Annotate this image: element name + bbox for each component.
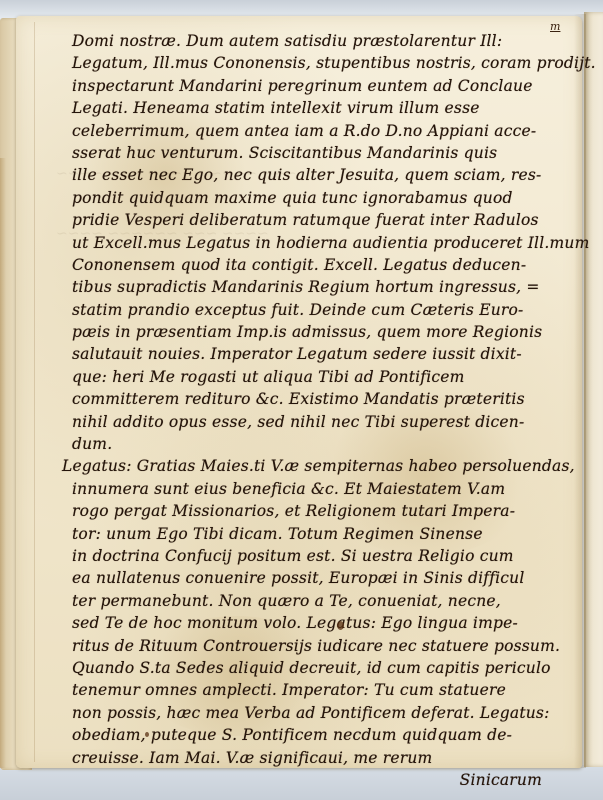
manuscript-line: celeberrimum, quem antea iam a R.do D.no… <box>72 120 582 142</box>
manuscript-line: Legati. Heneama statim intellexit virum … <box>72 97 582 119</box>
manuscript-line: statim prandio exceptus fuit. Deinde cum… <box>72 299 582 321</box>
manuscript-line: in doctrina Confucij positum est. Si ues… <box>72 545 582 567</box>
manuscript-line: rogo pergat Missionarios, et Religionem … <box>72 500 582 522</box>
manuscript-line: ter permanebunt. Non quæro a Te, conueni… <box>72 590 582 612</box>
manuscript-line: ritus de Rituum Controuersijs iudicare n… <box>72 635 582 657</box>
manuscript-paragraph-start: Legatus: Gratias Maies.ti V.æ sempiterna… <box>62 455 582 477</box>
manuscript-line: committerem redituro &c. Existimo Mandat… <box>72 388 582 410</box>
manuscript-line: tenemur omnes amplecti. Imperator: Tu cu… <box>72 679 582 701</box>
manuscript-line: sserat huc venturum. Sciscitantibus Mand… <box>72 142 582 164</box>
manuscript-line: Legatum, Ill.mus Cononensis, stupentibus… <box>72 52 582 74</box>
manuscript-line: innumera sunt eius beneficia &c. Et Maie… <box>72 478 582 500</box>
ink-blot <box>337 621 344 630</box>
manuscript-line: inspectarunt Mandarini peregrinum euntem… <box>72 75 582 97</box>
adjacent-page-edge-right <box>584 12 603 767</box>
manuscript-line: ut Excell.mus Legatus in hodierna audien… <box>72 232 582 254</box>
manuscript-line: salutauit nouies. Imperator Legatum sede… <box>72 343 582 365</box>
manuscript-line: sed Te de hoc monitum volo. Legatus: Ego… <box>72 612 582 634</box>
manuscript-line: creuisse. Iam Mai. V.æ significaui, me r… <box>72 747 582 769</box>
manuscript-line: Cononensem quod ita contigit. Excell. Le… <box>72 254 582 276</box>
manuscript-line: Quando S.ta Sedes aliquid decreuit, id c… <box>72 657 582 679</box>
manuscript-line: dum. <box>72 433 582 455</box>
manuscript-line: ea nullatenus conuenire possit, Europæi … <box>72 567 582 589</box>
manuscript-line: pondit quidquam maxime quia tunc ignorab… <box>72 187 582 209</box>
manuscript-line: Domi nostræ. Dum autem satisdiu præstola… <box>72 30 582 52</box>
manuscript-line: ille esset nec Ego, nec quis alter Jesui… <box>72 164 582 186</box>
manuscript-line: tibus supradictis Mandarinis Regium hort… <box>72 276 582 298</box>
manuscript-line: non possis, hæc mea Verba ad Pontificem … <box>72 702 582 724</box>
ink-blot <box>145 732 149 737</box>
manuscript-line: pæis in præsentiam Imp.is admissus, quem… <box>72 321 582 343</box>
manuscript-catchword: Sinicarum <box>72 769 582 791</box>
manuscript-line: tor: unum Ego Tibi dicam. Totum Regimen … <box>72 523 582 545</box>
manuscript-line: pridie Vesperi deliberatum ratumque fuer… <box>72 209 582 231</box>
manuscript-line: nihil addito opus esse, sed nihil nec Ti… <box>72 411 582 433</box>
manuscript-text: Domi nostræ. Dum autem satisdiu præstola… <box>72 30 582 791</box>
manuscript-line: que: heri Me rogasti ut aliqua Tibi ad P… <box>72 366 582 388</box>
